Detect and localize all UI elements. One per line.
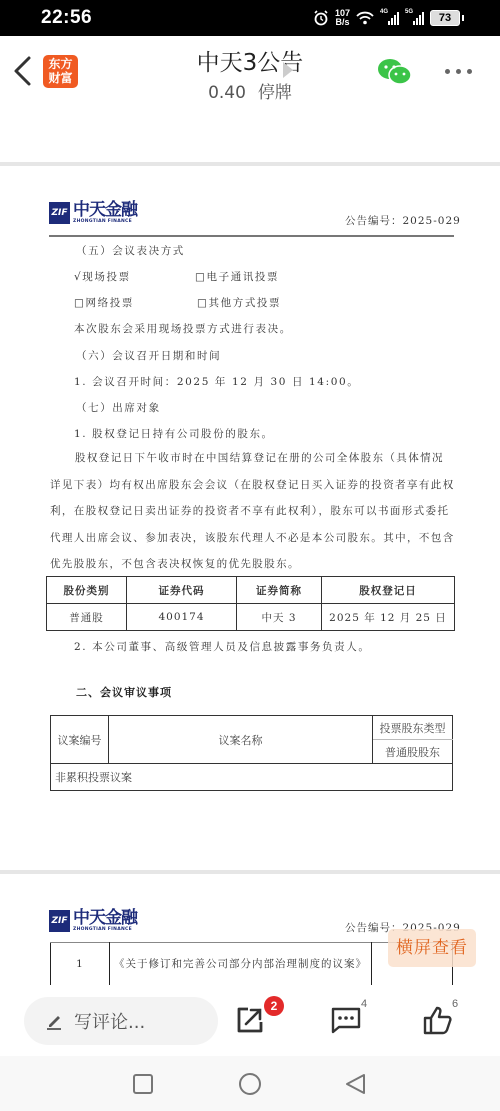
logo-cn: 中天金融 (73, 909, 137, 927)
comment-count: 4 (361, 998, 367, 1010)
table-row: 普通股 400174 中天 3 2025 年 12 月 25 日 (47, 604, 455, 631)
company-logo: ZIF 中天金融 ZHONGTIAN FINANCE (49, 201, 137, 224)
table-header-cell: 股权登记日 (322, 577, 455, 604)
logo-mark-icon: ZIF (49, 202, 70, 224)
table-cell: 中天 3 (237, 604, 322, 631)
company-logo: ZIF 中天金融 ZHONGTIAN FINANCE (49, 909, 137, 932)
comment-icon[interactable] (330, 1004, 362, 1036)
table-header-cell: 议案名称 (109, 716, 373, 764)
bottom-action-bar: 写评论... 2 4 6 (0, 986, 500, 1056)
signal-label: 5G (405, 9, 413, 15)
pencil-icon (44, 1011, 64, 1031)
registration-table: 股份类别 证券代码 证券简称 股权登记日 普通股 400174 中天 3 202… (46, 576, 455, 631)
comment-placeholder: 写评论... (74, 1008, 145, 1034)
like-icon[interactable] (422, 1004, 454, 1036)
like-count: 6 (452, 998, 458, 1010)
net-speed-unit: B/s (335, 18, 350, 27)
table-header-cell: 股份类别 (47, 577, 127, 604)
page-title: 中天3公告 (0, 44, 500, 77)
status-icons: 107 B/s 4G 5G 73 (313, 6, 460, 30)
table-header-row: 股份类别 证券代码 证券简称 股权登记日 (47, 577, 455, 604)
alarm-icon (313, 10, 329, 26)
header-rule (49, 235, 454, 237)
stock-quote: 0.40停牌 (0, 78, 500, 103)
section-6-heading: （六）会议召开日期和时间 (76, 348, 221, 363)
recent-apps-button[interactable] (132, 1073, 154, 1095)
comment-input[interactable]: 写评论... (24, 997, 218, 1045)
vote-option-online: □网络投票 (74, 295, 134, 310)
vote-option-other: □其他方式投票 (197, 295, 281, 310)
landscape-view-button[interactable]: 横屏查看 (388, 929, 476, 967)
stock-status: 停牌 (258, 83, 292, 103)
table-row: 非累积投票议案 (51, 764, 453, 791)
signal-label: 4G (380, 9, 388, 15)
status-time: 22:56 (41, 7, 92, 29)
table-cell: 400174 (127, 604, 237, 631)
table-header-cell: 证券简称 (237, 577, 322, 604)
home-button[interactable] (238, 1073, 262, 1097)
wifi-icon (356, 11, 374, 25)
page-separator (0, 162, 500, 166)
share-icon[interactable] (234, 1004, 266, 1036)
logo-en: ZHONGTIAN FINANCE (73, 219, 137, 224)
logo-cn: 中天金融 (73, 201, 137, 219)
signal-5g-icon: 5G (405, 11, 424, 25)
table-cell: 1 (51, 943, 110, 985)
wechat-share-icon[interactable] (377, 58, 413, 86)
play-arrow-icon[interactable] (283, 62, 293, 78)
table-header-cell: 投票股东类型 (373, 716, 453, 740)
section-7-heading: （七）出席对象 (76, 400, 161, 415)
table-cell: 《关于修订和完善公司部分内部治理制度的议案》 (110, 943, 372, 985)
page-separator (0, 870, 500, 874)
battery-icon: 73 (430, 10, 460, 26)
more-menu-button[interactable] (445, 69, 472, 74)
stock-price: 0.40 (208, 83, 246, 103)
app-header: 东方 财富 中天3公告 0.40停牌 (0, 36, 500, 106)
attendee-item-1: 1. 股权登记日持有公司股份的股东。 (74, 426, 274, 441)
network-speed: 107 B/s (335, 9, 350, 27)
announcement-number: 公告编号：2025-029 (345, 213, 461, 228)
section-2-heading: 二、会议审议事项 (76, 684, 172, 700)
table-group-row: 非累积投票议案 (51, 764, 453, 791)
back-nav-button[interactable] (344, 1073, 366, 1097)
vote-method-note: 本次股东会采用现场投票方式进行表决。 (74, 321, 292, 336)
signal-4g-icon: 4G (380, 11, 399, 25)
table-header-cell: 议案编号 (51, 716, 109, 764)
attendee-item-2: 2. 本公司董事、高级管理人员及信息披露事务负责人。 (74, 639, 370, 654)
vote-option-electronic: □电子通讯投票 (195, 269, 279, 284)
status-bar: 22:56 107 B/s 4G 5G 73 (0, 0, 500, 36)
logo-mark-icon: ZIF (49, 910, 70, 932)
meeting-time: 1. 会议召开时间：2025 年 12 月 30 日 14:00。 (74, 374, 359, 389)
share-badge: 2 (264, 996, 284, 1016)
logo-en: ZHONGTIAN FINANCE (73, 927, 137, 932)
table-cell: 普通股 (47, 604, 127, 631)
document-viewer[interactable]: ZIF 中天金融 ZHONGTIAN FINANCE 公告编号：2025-029… (0, 106, 500, 986)
table-header-cell: 证券代码 (127, 577, 237, 604)
table-cell: 2025 年 12 月 25 日 (322, 604, 455, 631)
table-header-row: 议案编号 议案名称 投票股东类型 (51, 716, 453, 740)
table-header-cell: 普通股股东 (373, 740, 453, 764)
vote-option-onsite: √现场投票 (74, 269, 131, 284)
proposal-table: 议案编号 议案名称 投票股东类型 普通股股东 非累积投票议案 (50, 715, 453, 791)
attendee-paragraph: 股权登记日下午收市时在中国结算登记在册的公司全体股东（具体情况详见下表）均有权出… (50, 445, 455, 578)
system-nav-bar (0, 1056, 500, 1111)
section-5-heading: （五）会议表决方式 (76, 243, 185, 258)
